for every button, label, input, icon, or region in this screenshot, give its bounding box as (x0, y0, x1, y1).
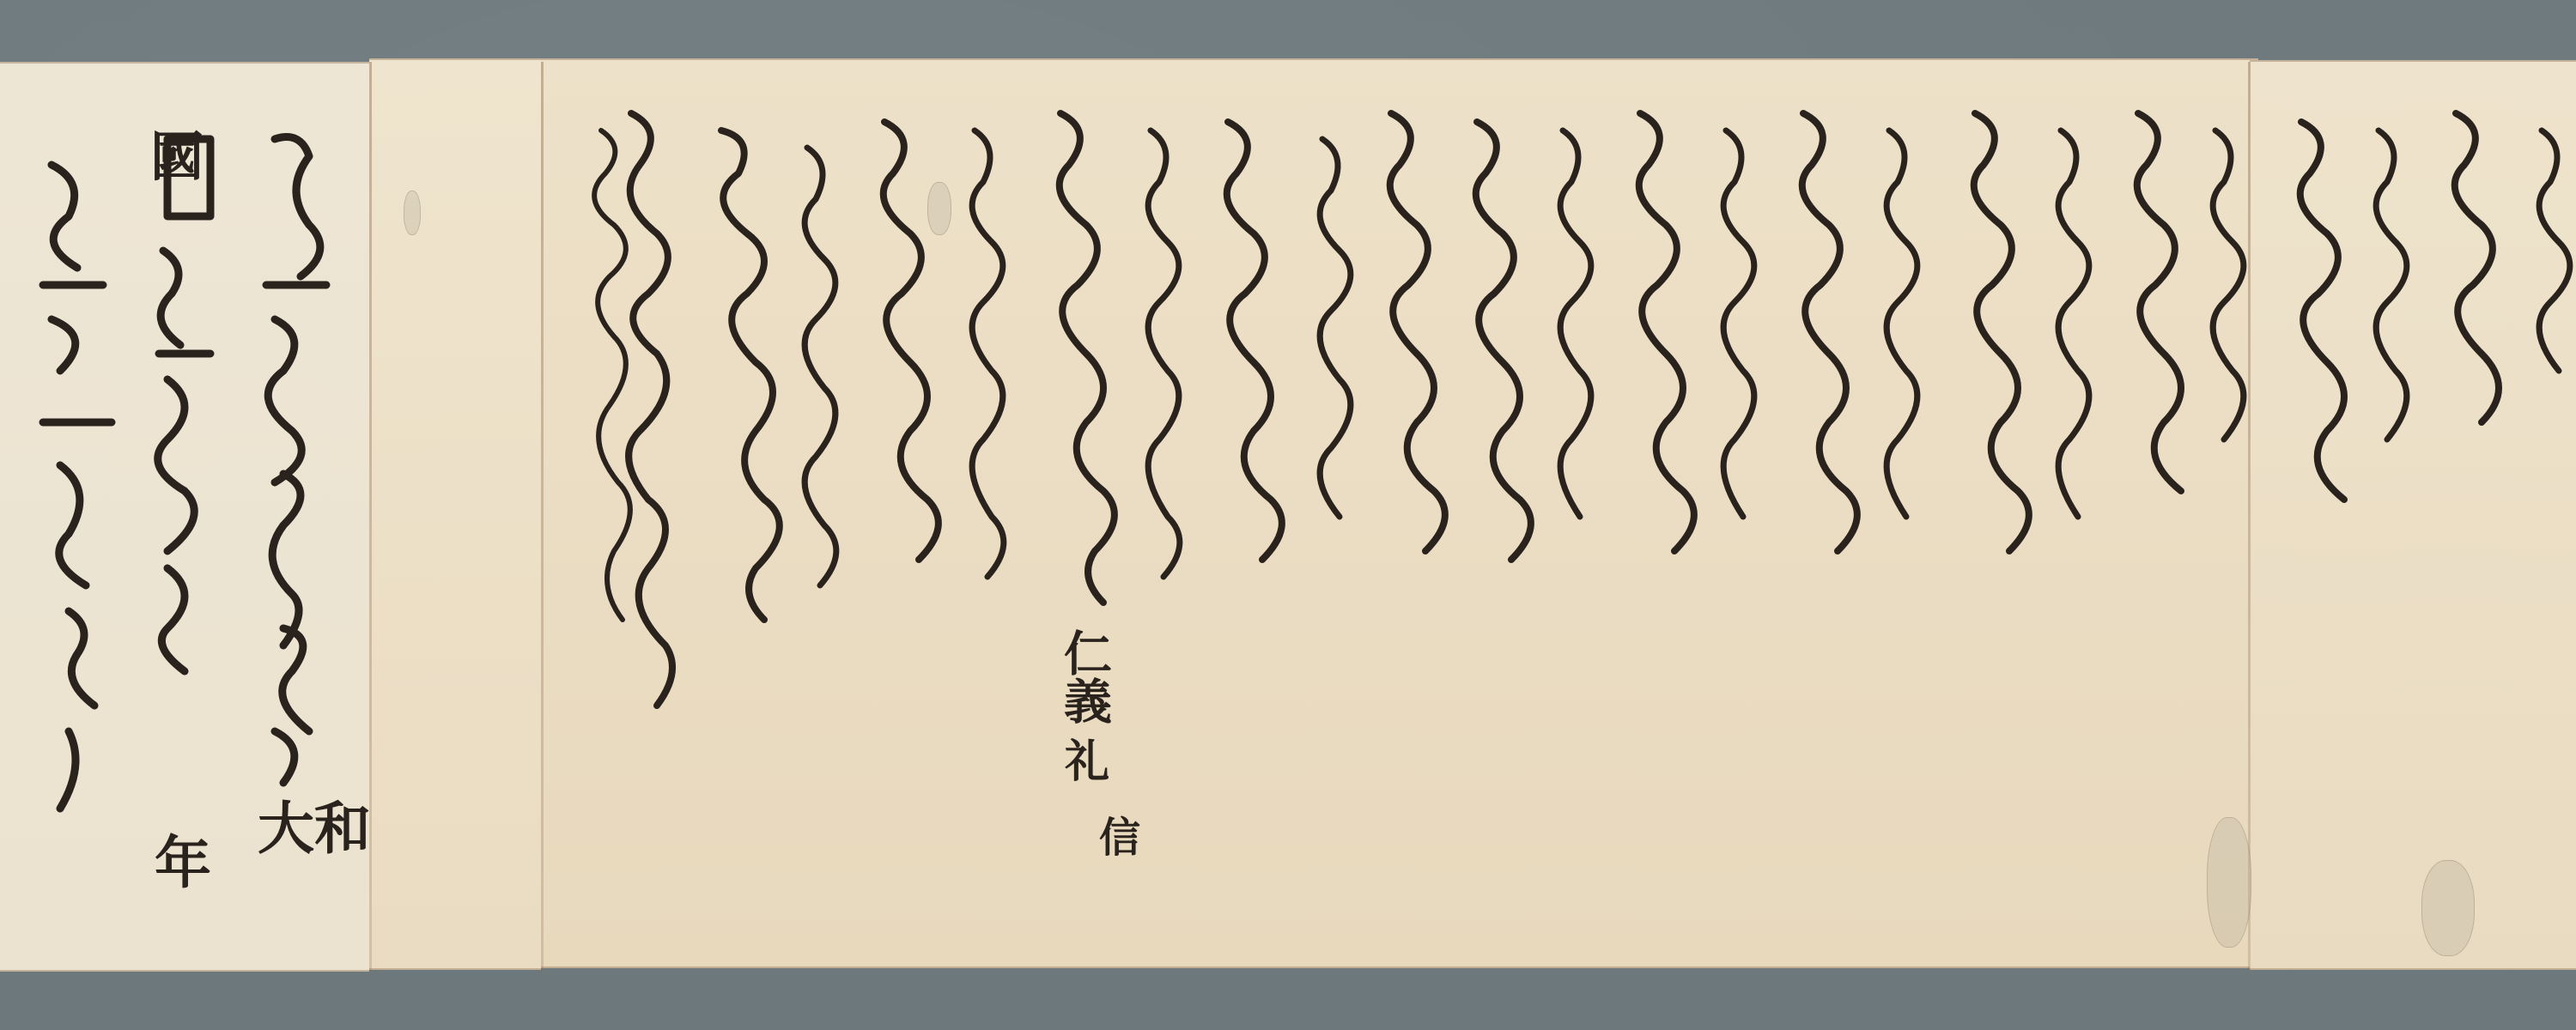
kanji-shin: 信 (1099, 817, 1140, 858)
handscroll: 大和 年 國 仁義 礼 信 (0, 62, 2576, 972)
kanji-yamato: 大和 (258, 800, 371, 857)
calligraphy-ink (0, 62, 2576, 972)
kanji-jingi: 仁義 (1060, 628, 1109, 724)
kanji-nen: 年 (155, 834, 211, 891)
kanji-koku: 國 (150, 130, 204, 184)
kanji-rei: 礼 (1065, 740, 1109, 785)
